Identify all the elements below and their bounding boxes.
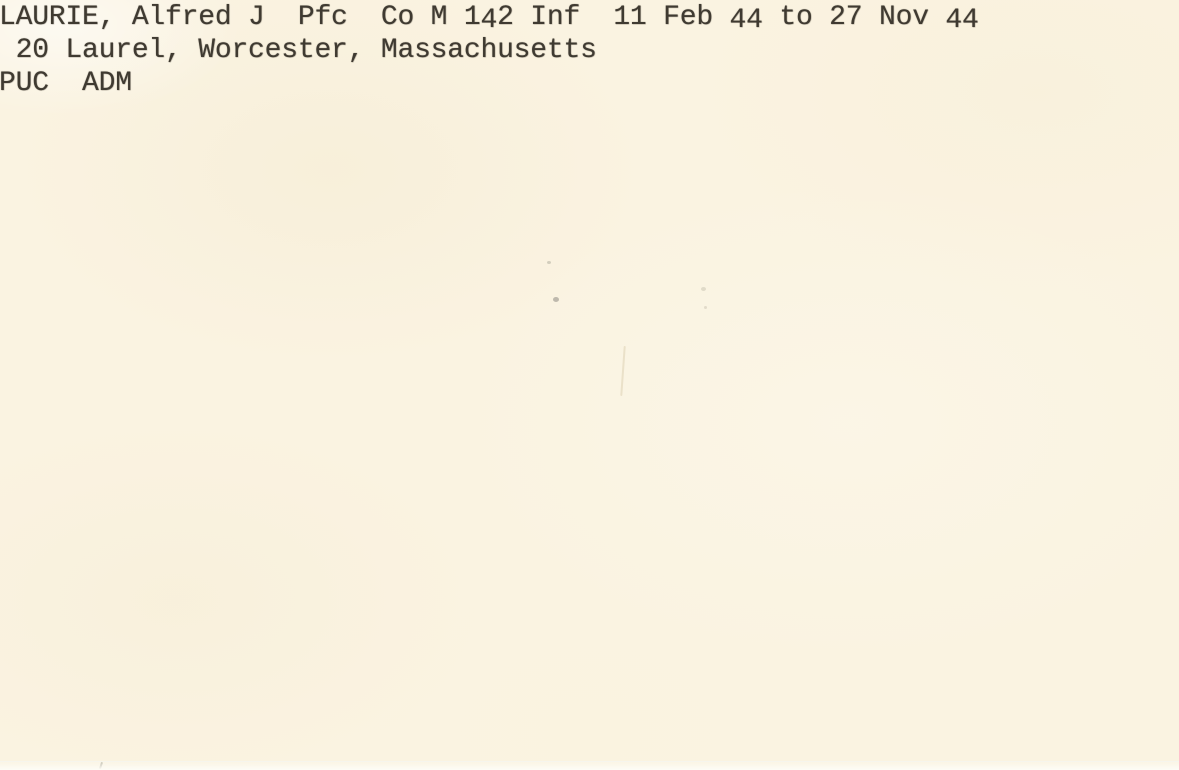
typed-text-block: LAURIE, Alfred J Pfc Co M 142 Inf 11 Feb…	[0, 1, 979, 100]
paper-speck	[704, 306, 707, 309]
index-card: LAURIE, Alfred J Pfc Co M 142 Inf 11 Feb…	[0, 0, 1179, 770]
paper-crease	[620, 346, 625, 396]
card-bottom-edge	[0, 761, 1179, 770]
paper-speck	[553, 297, 559, 302]
paper-speck	[701, 287, 706, 291]
line-notations: PUC ADM	[0, 67, 979, 100]
paper-speck	[547, 261, 551, 264]
line-name-rank-unit-dates: LAURIE, Alfred J Pfc Co M 142 Inf 11 Feb…	[0, 1, 979, 34]
line-address: 20 Laurel, Worcester, Massachusetts	[0, 34, 979, 67]
